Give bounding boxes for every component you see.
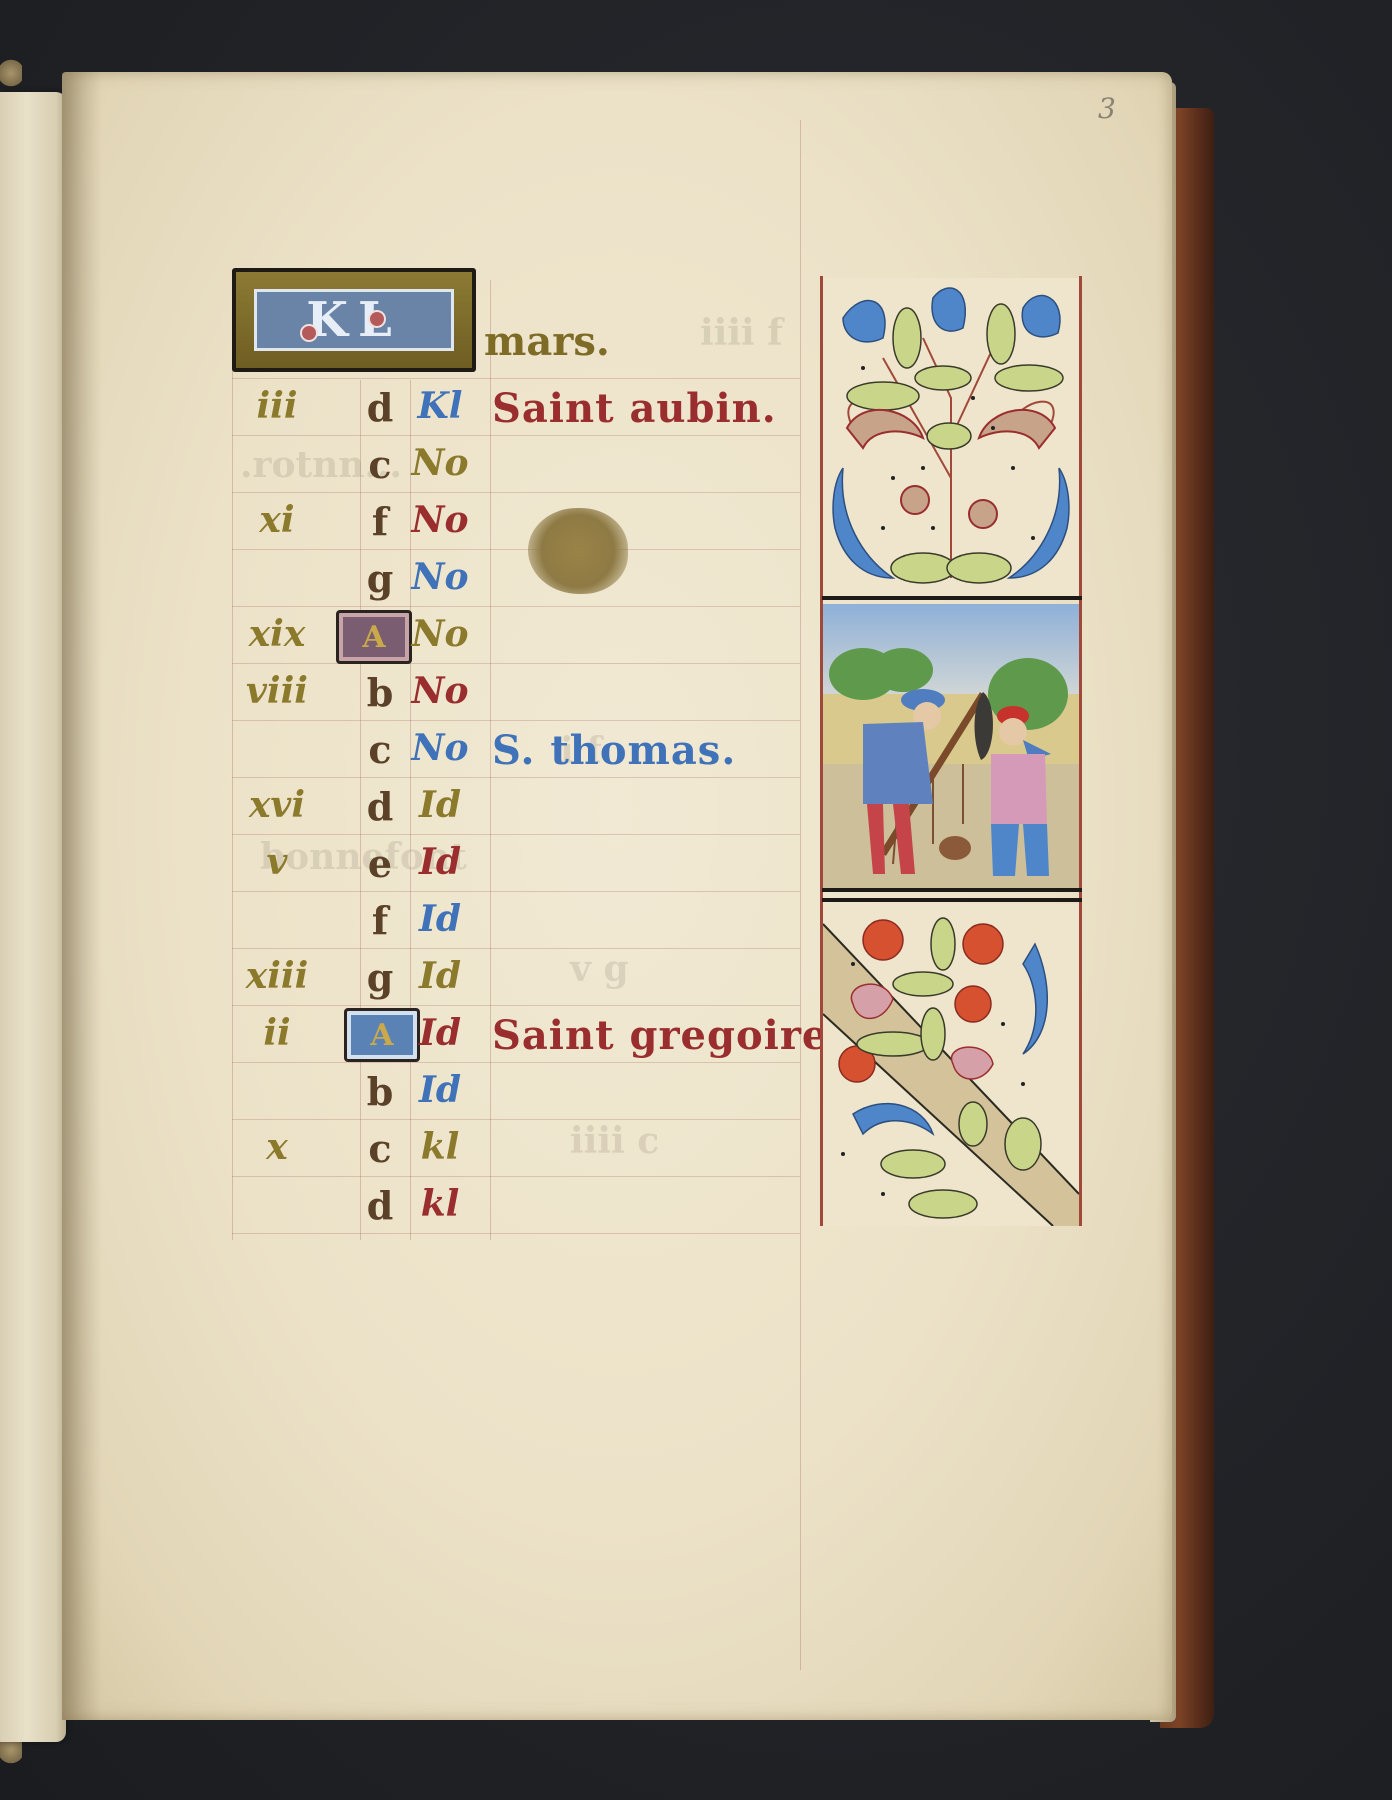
- golden-number: xi: [232, 499, 322, 541]
- roman-day-marker: Id: [398, 898, 482, 940]
- panel-divider: [822, 888, 1082, 892]
- saint-feast-name: Saint gregoire.: [492, 1012, 843, 1059]
- panel-divider: [822, 898, 1082, 902]
- labourers-pruning-vines-icon: [823, 604, 1079, 888]
- ruling-line: [232, 1062, 800, 1063]
- golden-number: xix: [232, 613, 322, 655]
- kl-initial-letters: KL: [254, 289, 454, 351]
- roman-day-marker: Id: [398, 955, 482, 997]
- ruling-line: [232, 834, 800, 835]
- golden-number: xiii: [232, 955, 322, 997]
- golden-number: viii: [232, 670, 322, 712]
- show-through-text: iiii f: [700, 312, 783, 354]
- ruling-line: [232, 777, 800, 778]
- roman-day-marker: Id: [398, 1069, 482, 1111]
- ruling-line: [232, 663, 800, 664]
- bookmark-tassel-top: [0, 58, 22, 88]
- kl-illuminated-initial: KL: [232, 268, 476, 372]
- floral-border-blue-flowers-icon: [823, 278, 1079, 596]
- roman-day-marker: No: [398, 727, 482, 769]
- dominical-letter: b: [360, 670, 400, 715]
- ruling-line: [800, 120, 801, 1670]
- ruling-line: [232, 435, 800, 436]
- roman-day-marker: Id: [398, 1012, 482, 1054]
- golden-number: v: [232, 841, 322, 883]
- ruling-line: [232, 948, 800, 949]
- roman-day-marker: No: [398, 499, 482, 541]
- ruling-line: [232, 720, 800, 721]
- panel-divider: [822, 596, 1082, 600]
- roman-day-marker: Id: [398, 784, 482, 826]
- show-through-text: iiii c: [570, 1120, 659, 1162]
- initial-ornament-dot: [368, 310, 386, 328]
- saint-feast-name: Saint aubin.: [492, 385, 777, 432]
- ruling-line: [232, 1119, 800, 1120]
- roman-day-marker: kl: [398, 1183, 482, 1225]
- roman-day-marker: Kl: [398, 385, 482, 427]
- roman-day-marker: No: [398, 670, 482, 712]
- dominical-letter: f: [360, 898, 400, 943]
- dominical-letter: c: [360, 727, 400, 772]
- miniature-scene: [823, 604, 1079, 888]
- roman-day-marker: kl: [398, 1126, 482, 1168]
- dominical-letter: g: [360, 556, 400, 601]
- roman-day-marker: No: [398, 442, 482, 484]
- ruling-line: [232, 1005, 800, 1006]
- saint-feast-name: S. thomas.: [492, 727, 736, 774]
- ruling-line: [490, 280, 491, 1240]
- golden-number: x: [232, 1126, 322, 1168]
- ruling-line: [232, 549, 800, 550]
- dominical-letter: g: [360, 955, 400, 1000]
- dominical-letter: d: [360, 1183, 400, 1228]
- dominical-letter: c: [360, 442, 400, 487]
- parchment-stain: [528, 508, 628, 594]
- folio-number: 3: [1098, 92, 1116, 125]
- dominical-letter: b: [360, 1069, 400, 1114]
- roman-day-marker: No: [398, 613, 482, 655]
- dominical-letter: d: [360, 385, 400, 430]
- floral-border-red-fruit-icon: [823, 904, 1079, 1226]
- roman-day-marker: Id: [398, 841, 482, 883]
- ruling-line: [232, 378, 800, 379]
- ruling-line: [232, 606, 800, 607]
- dominical-letter: c: [360, 1126, 400, 1171]
- show-through-text: v g: [570, 948, 629, 990]
- left-page-verso: [0, 92, 66, 1742]
- ruling-line: [232, 1176, 800, 1177]
- roman-day-marker: No: [398, 556, 482, 598]
- dominical-letter: e: [360, 841, 400, 886]
- dominical-letter: f: [360, 499, 400, 544]
- ruling-line: [232, 891, 800, 892]
- golden-number: xvi: [232, 784, 322, 826]
- dominical-letter: d: [360, 784, 400, 829]
- bottom-floral-panel: [823, 904, 1079, 1226]
- ruling-line: [232, 492, 800, 493]
- ruling-line: [232, 1233, 800, 1234]
- golden-number: iii: [232, 385, 322, 427]
- month-heading: mars.: [484, 318, 610, 365]
- initial-ornament-dot: [300, 324, 318, 342]
- golden-number: ii: [232, 1012, 322, 1054]
- top-floral-panel: [823, 278, 1079, 596]
- gutter-shadow: [62, 72, 102, 1720]
